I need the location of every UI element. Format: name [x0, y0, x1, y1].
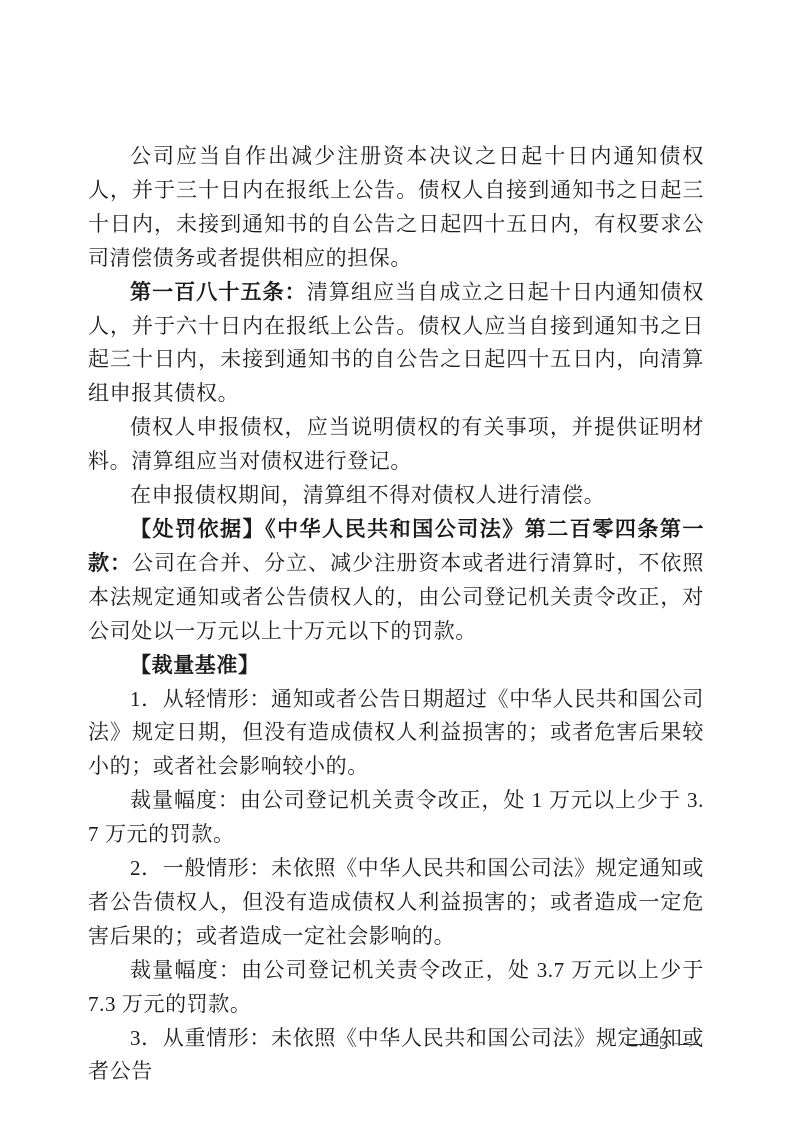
paragraph: 【裁量基准】 [88, 649, 704, 683]
paragraph: 3．从重情形：未依照《中华人民共和国公司法》规定通知或者公告 [88, 1022, 704, 1090]
paragraph-text: 裁量幅度：由公司登记机关责令改正，处 3.7 万元以上少于 7.3 万元的罚款。 [88, 958, 704, 1016]
paragraph-text: 公司在合并、分立、减少注册资本或者进行清算时，不依照本法规定通知或者公告债权人的… [88, 551, 704, 643]
paragraph-text: 裁量幅度：由公司登记机关责令改正，处 1 万元以上少于 3.7 万元的罚款。 [88, 788, 704, 846]
paragraph: 债权人申报债权，应当说明债权的有关事项，并提供证明材料。清算组应当对债权进行登记… [88, 411, 704, 479]
paragraph: 在申报债权期间，清算组不得对债权人进行清偿。 [88, 479, 704, 513]
paragraph: 第一百八十五条：清算组应当自成立之日起十日内通知债权人，并于六十日内在报纸上公告… [88, 276, 704, 412]
document-body: 公司应当自作出减少注册资本决议之日起十日内通知债权人，并于三十日内在报纸上公告。… [88, 140, 704, 1089]
paragraph-text: 债权人申报债权，应当说明债权的有关事项，并提供证明材料。清算组应当对债权进行登记… [88, 415, 704, 473]
paragraph: 公司应当自作出减少注册资本决议之日起十日内通知债权人，并于三十日内在报纸上公告。… [88, 140, 704, 276]
paragraph-text: 3．从重情形：未依照《中华人民共和国公司法》规定通知或者公告 [88, 1026, 704, 1084]
paragraph: 裁量幅度：由公司登记机关责令改正，处 1 万元以上少于 3.7 万元的罚款。 [88, 784, 704, 852]
paragraph-bold-lead: 【裁量基准】 [130, 653, 260, 677]
paragraph: 2．一般情形：未依照《中华人民共和国公司法》规定通知或者公告债权人，但没有造成债… [88, 852, 704, 954]
paragraph-text: 1．从轻情形：通知或者公告日期超过《中华人民共和国公司法》规定日期，但没有造成债… [88, 687, 704, 779]
paragraph-bold-lead: 第一百八十五条： [130, 280, 307, 304]
paragraph-text: 2．一般情形：未依照《中华人民共和国公司法》规定通知或者公告债权人，但没有造成债… [88, 856, 704, 948]
paragraph: 【处罚依据】《中华人民共和国公司法》第二百零四条第一款：公司在合并、分立、减少注… [88, 513, 704, 649]
paragraph-text: 在申报债权期间，清算组不得对债权人进行清偿。 [130, 483, 605, 507]
paragraph: 1．从轻情形：通知或者公告日期超过《中华人民共和国公司法》规定日期，但没有造成债… [88, 683, 704, 785]
document-page: 公司应当自作出减少注册资本决议之日起十日内通知债权人，并于三十日内在报纸上公告。… [0, 0, 793, 1122]
page-number: — 5 — [629, 1031, 701, 1057]
paragraph-text: 公司应当自作出减少注册资本决议之日起十日内通知债权人，并于三十日内在报纸上公告。… [88, 144, 704, 270]
paragraph: 裁量幅度：由公司登记机关责令改正，处 3.7 万元以上少于 7.3 万元的罚款。 [88, 954, 704, 1022]
